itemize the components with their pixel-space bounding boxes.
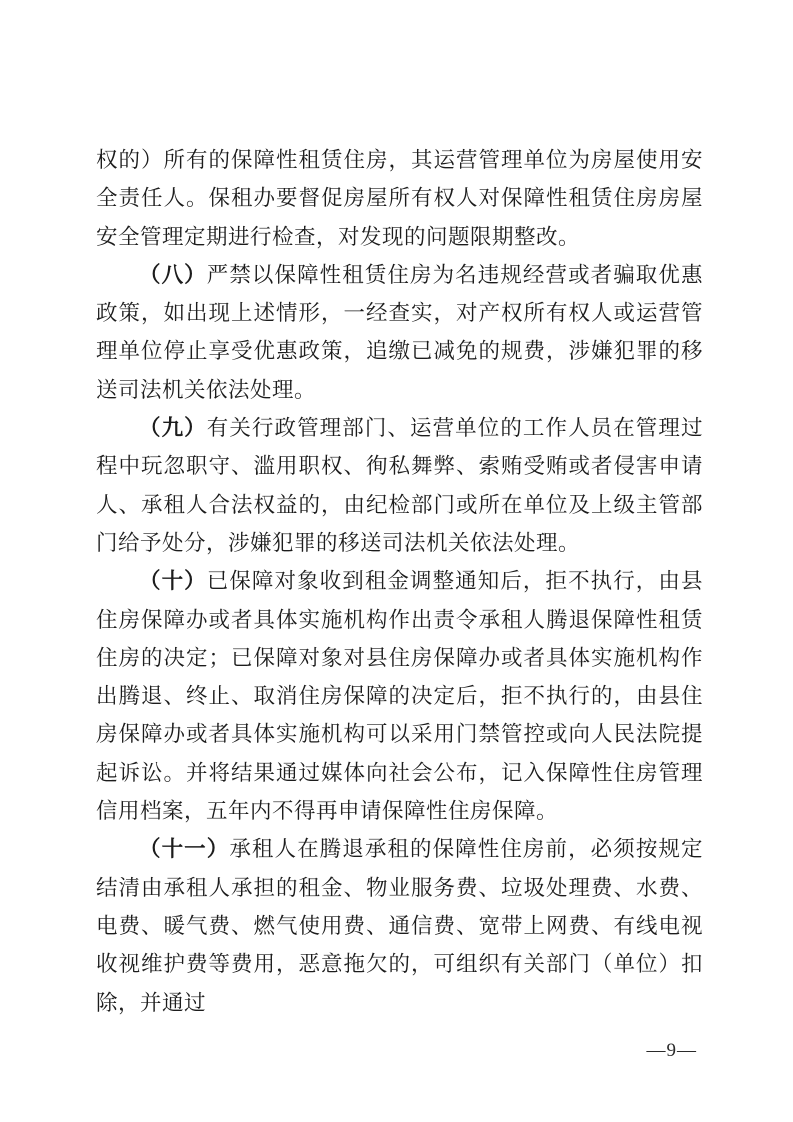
paragraph-number: （九）	[139, 416, 207, 440]
page-number: —9—	[647, 1040, 698, 1062]
paragraph-number: （十一）	[139, 837, 229, 861]
paragraph-text: 已保障对象收到租金调整通知后，拒不执行，由县住房保障办或者具体实施机构作出责令承…	[96, 569, 703, 823]
paragraph-continuation: 权的）所有的保障性租赁住房，其运营管理单位为房屋使用安全责任人。保租办要督促房屋…	[96, 141, 703, 256]
paragraph-item-8: （八）严禁以保障性租赁住房为名违规经营或者骗取优惠政策，如出现上述情形，一经查实…	[96, 256, 703, 409]
paragraph-number: （八）	[139, 263, 207, 287]
paragraph-item-10: （十）已保障对象收到租金调整通知后，拒不执行，由县住房保障办或者具体实施机构作出…	[96, 562, 703, 830]
paragraph-number: （十）	[139, 569, 207, 593]
paragraph-item-9: （九）有关行政管理部门、运营单位的工作人员在管理过程中玩忽职守、滥用职权、徇私舞…	[96, 409, 703, 562]
paragraph-item-11: （十一）承租人在腾退承租的保障性住房前，必须按规定结清由承租人承担的租金、物业服…	[96, 830, 703, 1021]
paragraph-text: 承租人在腾退承租的保障性住房前，必须按规定结清由承租人承担的租金、物业服务费、垃…	[96, 837, 703, 1014]
document-page: 权的）所有的保障性租赁住房，其运营管理单位为房屋使用安全责任人。保租办要督促房屋…	[0, 0, 793, 1122]
paragraph-text: 权的）所有的保障性租赁住房，其运营管理单位为房屋使用安全责任人。保租办要督促房屋…	[96, 148, 703, 249]
document-text-block: 权的）所有的保障性租赁住房，其运营管理单位为房屋使用安全责任人。保租办要督促房屋…	[96, 141, 703, 1022]
